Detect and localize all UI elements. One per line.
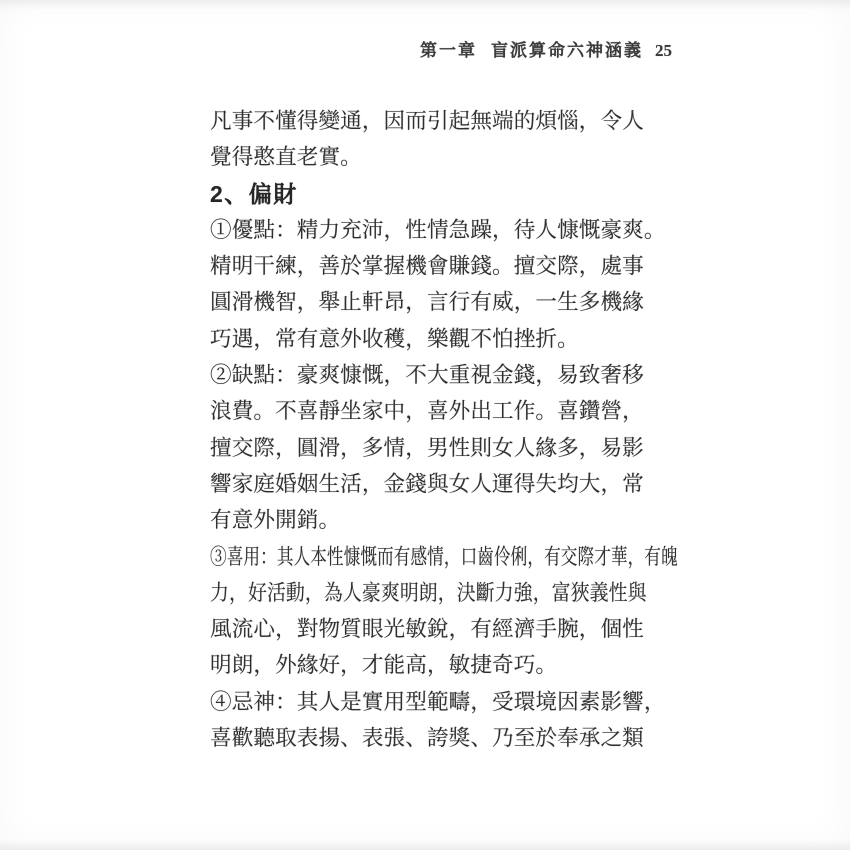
text-line-3: 2、偏財 — [210, 176, 670, 212]
book-title: 盲派算命六神涵義 — [491, 41, 643, 60]
text-line-7: 巧遇，常有意外收穫，樂觀不怕挫折。 — [210, 321, 670, 357]
text-line-16: 明朗，外緣好，才能高，敏捷奇巧。 — [210, 647, 670, 683]
book-page: 第一章盲派算命六神涵義25 凡事不懂得變通，因而引起無端的煩惱，令人覺得憨直老實… — [0, 0, 850, 850]
text-line-10: 擅交際，圓滑，多情，男性則女人緣多，易影 — [210, 430, 670, 466]
text-line-8: ②缺點：豪爽慷慨，不大重視金錢，易致奢移 — [210, 357, 670, 393]
text-line-15: 風流心，對物質眼光敏銳，有經濟手腕，個性 — [210, 611, 670, 647]
text-line-13: ③喜用：其人本性慷慨而有感情，口齒伶俐，有交際才華，有魄 — [210, 539, 670, 575]
scan-edge-bottom — [0, 840, 850, 850]
text-line-2: 覺得憨直老實。 — [210, 139, 670, 175]
text-line-4: ①優點：精力充沛，性情急躁，待人慷慨豪爽。 — [210, 212, 670, 248]
text-line-11: 響家庭婚姻生活，金錢與女人運得失均大，常 — [210, 466, 670, 502]
scan-edge-top — [0, 0, 850, 10]
text-line-5: 精明干練，善於掌握機會賺錢。擅交際，處事 — [210, 248, 670, 284]
page-number: 25 — [655, 41, 672, 60]
page-body: 凡事不懂得變通，因而引起無端的煩惱，令人覺得憨直老實。2、偏財①優點：精力充沛，… — [210, 103, 670, 756]
text-line-18: 喜歡聽取表揚、表張、誇獎、乃至於奉承之類 — [210, 720, 670, 756]
text-line-1: 凡事不懂得變通，因而引起無端的煩惱，令人 — [210, 103, 670, 139]
running-header: 第一章盲派算命六神涵義25 — [420, 36, 660, 61]
chapter-label: 第一章 — [420, 41, 477, 60]
text-line-14: 力，好活動，為人豪爽明朗，決斷力強，富狹義性與 — [210, 575, 670, 611]
text-line-6: 圓滑機智，舉止軒昂，言行有威，一生多機緣 — [210, 284, 670, 320]
text-line-12: 有意外開銷。 — [210, 502, 670, 538]
text-line-17: ④忌神：其人是實用型範疇，受環境因素影響， — [210, 684, 670, 720]
text-line-9: 浪費。不喜靜坐家中，喜外出工作。喜鑽營， — [210, 393, 670, 429]
